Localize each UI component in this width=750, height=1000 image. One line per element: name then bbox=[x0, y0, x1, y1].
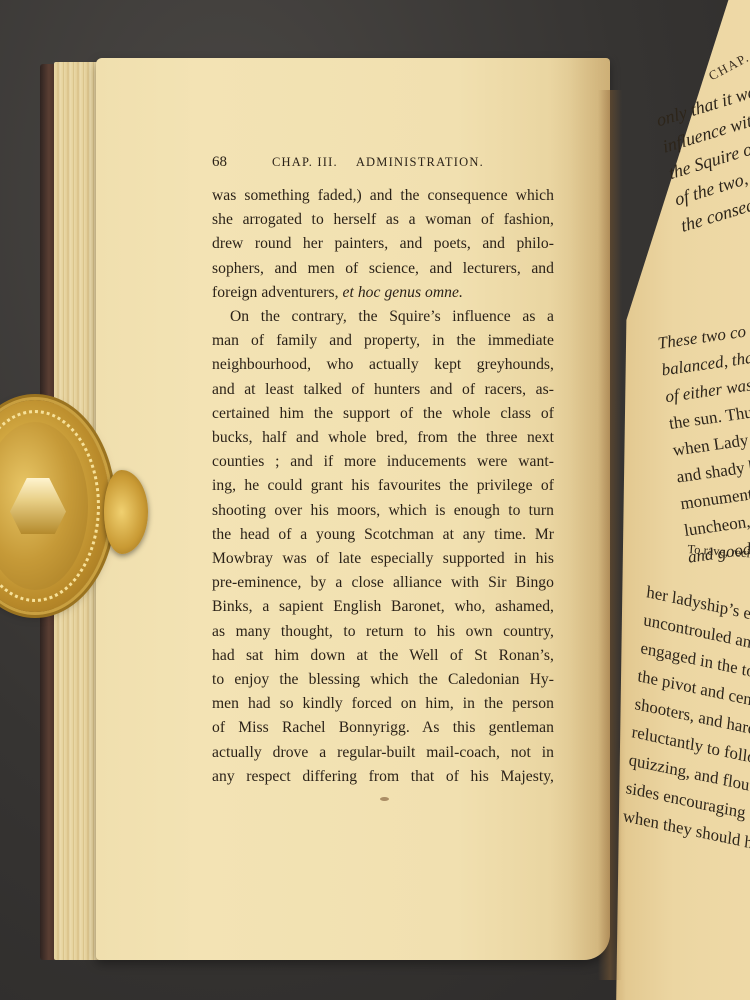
text-line: had sat him down at the Well of St Ronan… bbox=[212, 644, 554, 668]
section-title: ADMINISTRATION. bbox=[356, 150, 484, 174]
text-line: ing, he could grant his favourites the p… bbox=[212, 474, 554, 498]
text-line: of Miss Rachel Bonnyrigg. As this gentle… bbox=[212, 716, 554, 740]
text-line: pre-eminence, by a close alliance with S… bbox=[212, 571, 554, 595]
italic-phrase: et hoc genus omne. bbox=[343, 284, 463, 301]
text-line: foreign adventurers, et hoc genus omne. bbox=[212, 281, 554, 305]
text-line: and at least talked of hunters and of ra… bbox=[212, 378, 554, 402]
page-number: 68 bbox=[212, 150, 272, 174]
text-line: the head of a young Scotchman at any tim… bbox=[212, 523, 554, 547]
text-line: Binks, a sapient English Baronet, who, a… bbox=[212, 595, 554, 619]
text-line: drew round her painters, and poets, and … bbox=[212, 232, 554, 256]
chapter-label: CHAP. III. bbox=[272, 150, 338, 174]
text-line: actually drove a regular-built mail-coac… bbox=[212, 741, 554, 765]
text-line: was something faded,) and the consequenc… bbox=[212, 184, 554, 208]
text-line: On the contrary, the Squire’s influence … bbox=[212, 305, 554, 329]
text-line: counties ; and if more inducements were … bbox=[212, 450, 554, 474]
text-line: she arrogated to herself as a woman of f… bbox=[212, 208, 554, 232]
text-line: any respect differing from that of his M… bbox=[212, 765, 554, 789]
text-line: men had so kindly forced on him, in the … bbox=[212, 692, 554, 716]
text-line: bucks, half and whole bred, from the thr… bbox=[212, 426, 554, 450]
text-line: Mowbray was of late especially supported… bbox=[212, 547, 554, 571]
text-line: man of family and property, in the immed… bbox=[212, 329, 554, 353]
book-photo: CHAP. only that it wa influence with the… bbox=[0, 0, 750, 1000]
running-head: 68 CHAP. III. ADMINISTRATION. bbox=[212, 150, 554, 184]
text-line: to enjoy the blessing which the Caledoni… bbox=[212, 668, 554, 692]
text-line: certained him the support of the whole c… bbox=[212, 402, 554, 426]
text-line: shooting over his moors, which is enough… bbox=[212, 499, 554, 523]
ink-spot bbox=[380, 797, 389, 801]
text-line: as many thought, to return to his own co… bbox=[212, 620, 554, 644]
gutter-shadow bbox=[598, 90, 622, 980]
text-line: sophers, and men of science, and lecture… bbox=[212, 257, 554, 281]
text-line: neighbourhood, who actually kept greyhou… bbox=[212, 353, 554, 377]
left-page-text: 68 CHAP. III. ADMINISTRATION. was someth… bbox=[212, 150, 554, 789]
